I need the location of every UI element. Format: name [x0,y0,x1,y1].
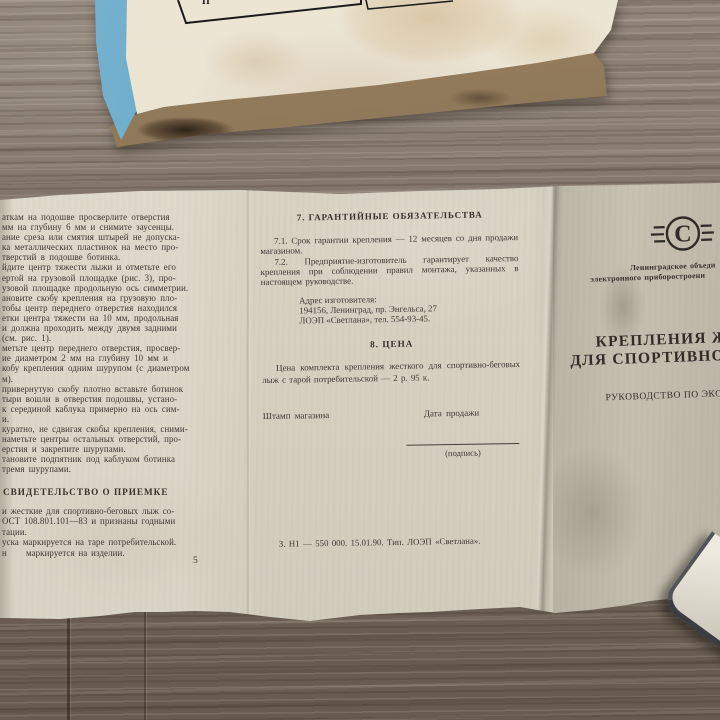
print-imprint: З. Н1 — 550 000. 15.01.90. Тип. ЛОЭП «Св… [279,536,481,549]
text-line: привернутую скобу плотно вставьте ботино… [2,384,216,394]
text-line: и должна проходить между двумя задними [2,323,216,333]
text-line: ка металлических пластинок на место про- [2,242,216,252]
text-line: етки центра тяжести на 10 мм, продольная [2,313,216,323]
text-line: ановите скобу крепления на грузовую пло- [2,293,216,303]
text-line: узовой площадке продольную ось симметрии… [2,283,216,293]
acceptance-text-block: и жесткие для спортивно-беговых лыж со-О… [2,506,216,558]
photo-ski-binding-manual: П аткам на подошве просверлите отверстия… [0,0,720,720]
text-line: тации. [2,527,216,537]
text-line: (см. рис. 1). [2,333,216,343]
cover-title-line: ДЛЯ СПОРТИВНО-БЕГ [570,346,720,371]
text-line: куратно, не сдвигая скобы крепления, сни… [2,424,216,434]
text-line: ерстия и закрепите шурупами. [2,444,216,454]
text-line: ие диаметром 2 мм на глубину 10 мм и [2,353,216,363]
text-line: мм на глубину 6 мм и снимите заусенцы. [2,222,216,232]
warranty-heading: 7. ГАРАНТИЙНЫЕ ОБЯЗАТЕЛЬСТВА [250,209,530,223]
text-line: ание среза или смятия штырей не допуска- [2,232,216,242]
text-line: метьте центр переднего отверстия, просве… [2,343,216,353]
signature-line [406,443,519,446]
text-line: тверстий в подошве ботинка. [2,252,216,262]
acceptance-heading: СВИДЕТЕЛЬСТВО О ПРИЕМКЕ [3,487,168,497]
page-number: 5 [193,556,198,566]
warranty-clause-2: 7.2. Предприятие-изготовитель гарантируе… [260,253,518,288]
text-line: ОСТ 108.801.101—83 и признаны годными [2,516,216,526]
text-line: к серединой каблука примерно на ось сим- [2,404,216,414]
text-line: аткам на подошве просверлите отверстия [2,212,216,222]
box-printed-frame [0,0,720,140]
installation-text-block: аткам на подошве просверлите отверстиямм… [2,212,216,474]
sale-date-label: Дата продажи [424,408,480,419]
price-text: Цена комплекта крепления жесткого для сп… [262,359,520,386]
org-name-line: электронного приборостроени [590,271,705,284]
manufacturer-address: Адрес изготовителя: 194156, Ленинград, п… [299,293,437,326]
box-print-fragment: П [202,0,210,7]
shop-stamp-label: Штамп магазина [263,410,330,421]
text-line: уска маркируется на таре потребительской… [2,537,216,547]
text-line: тановите подпятник под каблуком ботинка [2,454,216,464]
price-heading: 8. ЦЕНА [252,337,532,351]
text-line: и. [2,414,216,424]
text-line: йдите центр тяжести лыжи и отметьте его [2,262,216,272]
text-line: тыри вошли в отверстия подошвы, устано- [2,394,216,404]
text-line: наметьте центры остальных отверстий, про… [2,434,216,444]
text-line: тобы центр переднего отверстия находился [2,303,216,313]
cover-subtitle: РУКОВОДСТВО ПО ЭКСПЛ [605,388,720,404]
signature-caption: (подпись) [406,447,519,459]
text-line: м). [2,374,216,384]
text-line: н маркируется на изделии. [2,548,216,558]
text-line: кобу крепления одним шурупом (с диаметро… [2,363,216,373]
svetlana-logo-icon: С [649,207,715,261]
svg-text:С: С [674,221,692,248]
text-line: и жесткие для спортивно-беговых лыж со- [2,506,216,516]
text-line: ертой на грузовой площадке (рис. 3), про… [2,273,216,283]
address-line: ЛОЭП «Светлана», тел. 554-93-45. [299,314,437,326]
text-line: тремя шурупами. [2,464,216,474]
